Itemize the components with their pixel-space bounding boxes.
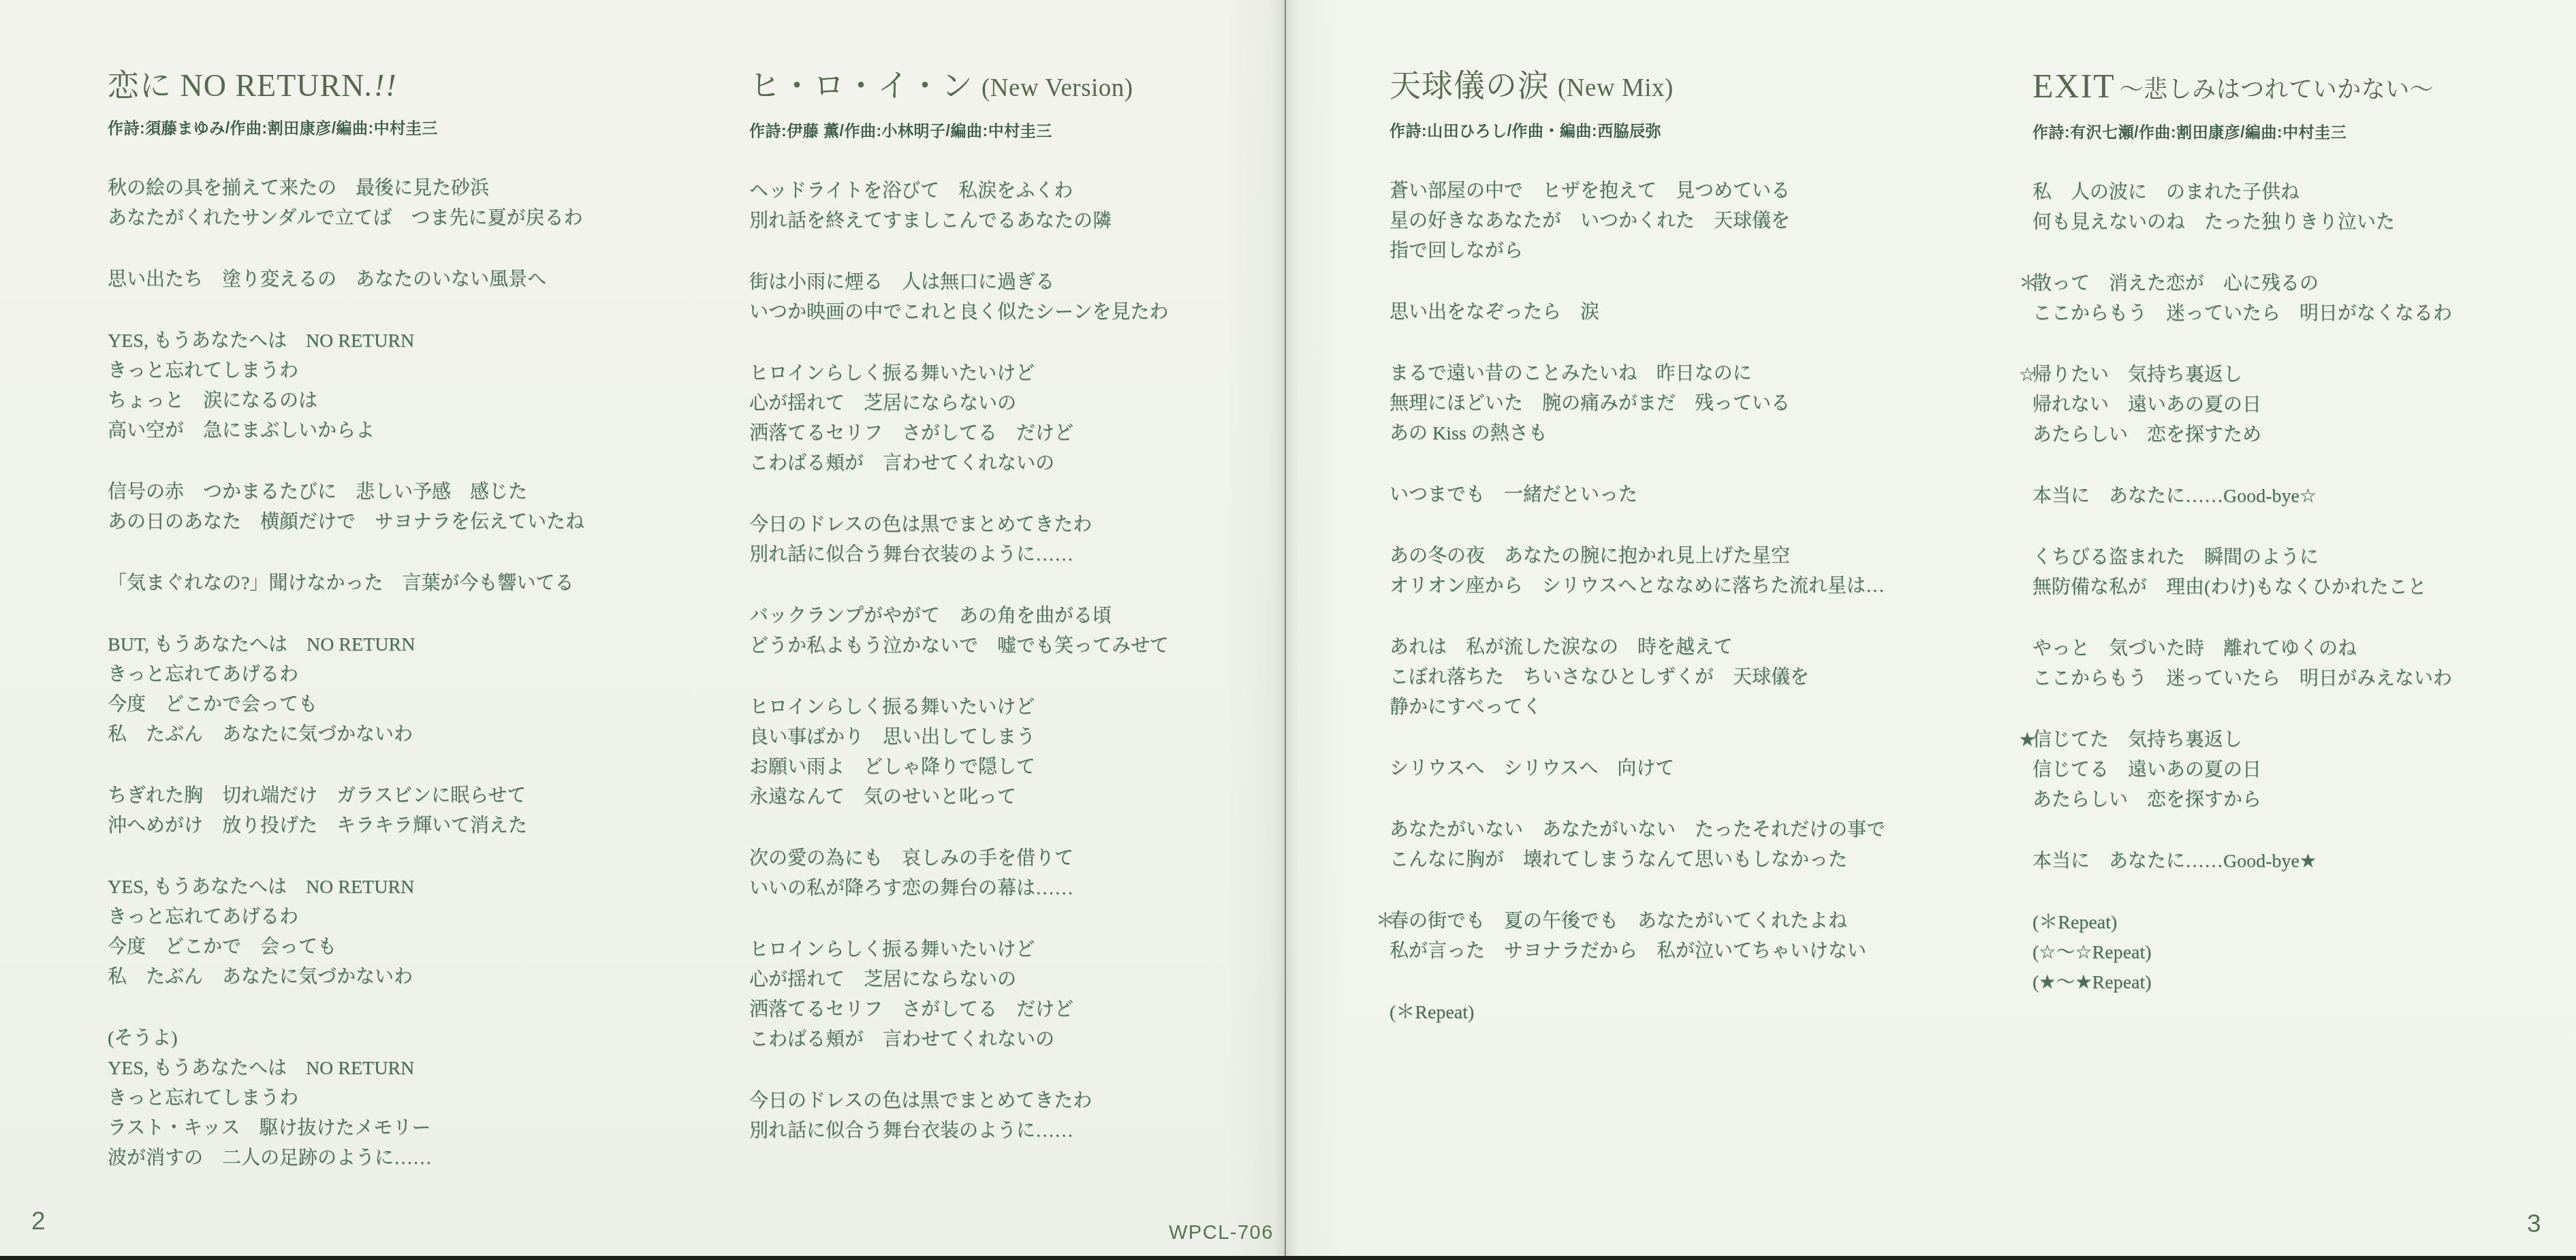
lyric-line: バックランプがやがて あの角を曲がる頃 [749,601,1335,631]
stanza: 思い出をなぞったら 涙 [1389,298,2002,328]
lyrics: 秋の絵の具を揃えて来たの 最後に見た砂浜あなたがくれたサンダルで立てば つま先に… [108,174,727,1174]
lyric-line: お願い雨よ どしゃ降りで隠して [749,753,1335,783]
lyric-line: ヘッドライトを浴びて 私涙をふくわ [749,176,1335,206]
lyric-line: きっと忘れてあげるわ [108,902,727,932]
song-column-3: 天球儀の涙(New Mix) 作詩:山田ひろし/作曲・編曲:西脇辰弥 蒼い部屋の… [1389,67,2002,1059]
lyric-line: 別れ話に似合う舞台衣装のように…… [749,540,1335,570]
lyric-line: 無防備な私が 理由(わけ)もなくひかれたこと [2032,573,2564,603]
lyric-line: いいの私が降ろす恋の舞台の幕は…… [749,874,1335,904]
stanza: バックランプがやがて あの角を曲がる頃どうか私よもう泣かないで 嘘でも笑ってみせ… [749,601,1335,661]
stanza: 思い出たち 塗り変えるの あなたのいない風景へ [108,265,727,295]
stanza: ＊散って 消えた恋が 心に残るのここからもう 迷っていたら 明日がなくなるわ [2032,269,2564,329]
stanza: ★信じてた 気持ち裏返し信じてる 遠いあの夏の日あたらしい 恋を探すから [2032,725,2564,815]
stanza: シリウスへ シリウスへ 向けて [1389,754,2002,784]
lyric-line: 今日のドレスの色は黒でまとめてきたわ [749,1086,1335,1116]
lyric-line: 思い出たち 塗り変えるの あなたのいない風景へ [108,265,727,295]
song-column-2: ヒ・ロ・イ・ン(New Version) 作詩:伊藤 薫/作曲:小林明子/編曲:… [749,67,1335,1178]
song-title: ヒ・ロ・イ・ン(New Version) [749,67,1335,108]
lyric-line: BUT, もうあなたへは NO RETURN [108,630,727,660]
scan-bottom-edge [0,1256,2576,1260]
page-number-left: 2 [31,1207,46,1235]
lyric-line: ☆帰りたい 気持ち裏返し [2032,360,2564,390]
stanza: ヒロインらしく振る舞いたいけど心が揺れて 芝居にならないの洒落てるセリフ さがし… [749,359,1335,479]
lyric-line: こわばる頬が 言わせてくれないの [749,1025,1335,1055]
lyric-line: 私 人の波に のまれた子供ね [2032,178,2564,208]
stanza: ちぎれた胸 切れ端だけ ガラスビンに眠らせて沖へめがけ 放り投げた キラキラ輝い… [108,781,727,841]
stanza: (＊Repeat) [1389,998,2002,1028]
song-title: 恋に NO RETURN.!! [108,67,727,105]
lyric-line: 私 たぶん あなたに気づかないわ [108,720,727,750]
stanza-marker: ＊ [1376,907,1395,936]
song-credit: 作詩:須藤まゆみ/作曲:割田康彦/編曲:中村圭三 [108,116,727,138]
lyric-line: YES, もうあなたへは NO RETURN [108,1054,727,1084]
lyric-line: ヒロインらしく振る舞いたいけど [749,359,1335,389]
lyric-line: 指で回しながら [1389,236,2002,266]
lyric-line: 「気まぐれなの?」聞けなかった 言葉が今も響いてる [108,569,727,599]
stanza: (＊Repeat)(☆～☆Repeat)(★～★Repeat) [2032,908,2564,998]
lyric-line: ちょっと 涙になるのは [108,386,727,416]
lyrics: ヘッドライトを浴びて 私涙をふくわ別れ話を終えてすましこんでるあなたの隣街は小雨… [749,176,1335,1146]
lyric-line: 本当に あなたに……Good-bye☆ [2032,482,2564,511]
stanza: あの冬の夜 あなたの腕に抱かれ見上げた星空オリオン座から シリウスへとななめに落… [1389,541,2002,601]
lyric-line: ここからもう 迷っていたら 明日がなくなるわ [2032,299,2564,329]
stanza: ☆帰りたい 気持ち裏返し帰れない 遠いあの夏の日あたらしい 恋を探すため [2032,360,2564,450]
stanza: ヒロインらしく振る舞いたいけど良い事ばかり 思い出してしまうお願い雨よ どしゃ降… [749,693,1335,813]
lyric-line: まるで遠い昔のことみたいね 昨日なのに [1389,359,2002,389]
song-title: EXIT～悲しみはつれていかない～ [2032,67,2564,109]
lyric-line: あの日のあなた 横顔だけで サヨナラを伝えていたね [108,507,727,537]
song-title-text: EXIT [2032,67,2116,105]
song-title-subtitle: ～悲しみはつれていかない～ [2120,76,2434,103]
stanza: 本当に あなたに……Good-bye★ [2032,847,2564,877]
lyric-line: 私 たぶん あなたに気づかないわ [108,962,727,992]
stanza: ＊春の街でも 夏の午後でも あなたがいてくれたよね私が言った サヨナラだから 私… [1389,907,2002,966]
lyric-line: どうか私よもう泣かないで 嘘でも笑ってみせて [749,631,1335,661]
lyric-line: 今度 どこかで会っても [108,690,727,720]
lyric-line: きっと忘れてしまうわ [108,1084,727,1114]
stanza: まるで遠い昔のことみたいね 昨日なのに無理にほどいた 腕の痛みがまだ 残っている… [1389,359,2002,449]
lyric-line: いつまでも 一緒だといった [1389,480,2002,510]
song-credit: 作詩:伊藤 薫/作曲:小林明子/編曲:中村圭三 [749,119,1335,141]
stanza: 「気まぐれなの?」聞けなかった 言葉が今も響いてる [108,569,727,599]
song-title-text: 天球儀の涙 [1389,68,1550,103]
lyric-line: こわばる頬が 言わせてくれないの [749,449,1335,479]
stanza: 信号の赤 つかまるたびに 悲しい予感 感じたあの日のあなた 横顔だけで サヨナラ… [108,477,727,537]
stanza: (そうよ)YES, もうあなたへは NO RETURNきっと忘れてしまうわラスト… [108,1024,727,1174]
lyric-line: ＊散って 消えた恋が 心に残るの [2032,269,2564,299]
stanza: あれは 私が流した涙なの 時を越えてこぼれ落ちた ちいさなひとしずくが 天球儀を… [1389,633,2002,723]
page-number-right: 3 [2527,1210,2541,1238]
lyric-line: 高い空が 急にまぶしいからよ [108,416,727,446]
stanza: 街は小雨に煙る 人は無口に過ぎるいつか映画の中でこれと良く似たシーンを見たわ [749,268,1335,328]
song-title-emphasis: .!! [364,68,397,103]
lyric-line: こんなに胸が 壊れてしまうなんて思いもしなかった [1389,845,2002,875]
lyric-line: くちびる盗まれた 瞬間のように [2032,543,2564,573]
lyric-line: ヒロインらしく振る舞いたいけど [749,693,1335,723]
stanza: あなたがいない あなたがいない たったそれだけの事でこんなに胸が 壊れてしまうな… [1389,815,2002,875]
song-title: 天球儀の涙(New Mix) [1389,67,2002,108]
lyric-line: 本当に あなたに……Good-bye★ [2032,847,2564,877]
lyrics: 蒼い部屋の中で ヒザを抱えて 見つめている星の好きなあなたが いつかくれた 天球… [1389,176,2002,1028]
lyric-line: あなたがくれたサンダルで立てば つま先に夏が戻るわ [108,204,727,234]
stanza: 今日のドレスの色は黒でまとめてきたわ別れ話に似合う舞台衣装のように…… [749,1086,1335,1146]
lyric-line: いつか映画の中でこれと良く似たシーンを見たわ [749,298,1335,328]
song-title-subtitle: (New Version) [981,74,1133,102]
lyric-line: 心が揺れて 芝居にならないの [749,965,1335,995]
stanza-marker: ☆ [2019,360,2036,390]
lyric-line: (＊Repeat) [2032,908,2564,938]
lyric-line: 無理にほどいた 腕の痛みがまだ 残っている [1389,389,2002,419]
lyric-line: ちぎれた胸 切れ端だけ ガラスビンに眠らせて [108,781,727,811]
lyric-line: あの Kiss の熱さも [1389,419,2002,449]
lyric-line: ラスト・キッス 駆け抜けたメモリー [108,1114,727,1144]
song-column-4: EXIT～悲しみはつれていかない～ 作詩:有沢七瀬/作曲:割田康彦/編曲:中村圭… [2032,67,2564,1029]
lyric-line: 星の好きなあなたが いつかくれた 天球儀を [1389,206,2002,236]
lyric-line: きっと忘れてあげるわ [108,660,727,690]
song-title-subtitle: (New Mix) [1558,74,1674,102]
catalog-number: WPCL-706 [1169,1222,1274,1244]
song-credit: 作詩:有沢七瀬/作曲:割田康彦/編曲:中村圭三 [2032,120,2564,142]
lyric-line: やっと 気づいた時 離れてゆくのね [2032,634,2564,664]
stanza: 本当に あなたに……Good-bye☆ [2032,482,2564,511]
lyric-line: ここからもう 迷っていたら 明日がみえないわ [2032,664,2564,694]
stanza: ヒロインらしく振る舞いたいけど心が揺れて 芝居にならないの洒落てるセリフ さがし… [749,935,1335,1055]
stanza: くちびる盗まれた 瞬間のように無防備な私が 理由(わけ)もなくひかれたこと [2032,543,2564,603]
lyric-line: 永遠なんて 気のせいと叱って [749,783,1335,813]
stanza: 秋の絵の具を揃えて来たの 最後に見た砂浜あなたがくれたサンダルで立てば つま先に… [108,174,727,234]
lyric-line: 私が言った サヨナラだから 私が泣いてちゃいけない [1389,936,2002,966]
lyric-line: 信号の赤 つかまるたびに 悲しい予感 感じた [108,477,727,507]
lyric-line: (★～★Repeat) [2032,968,2564,998]
lyric-line: 別れ話を終えてすましこんでるあなたの隣 [749,206,1335,236]
lyric-line: こぼれ落ちた ちいさなひとしずくが 天球儀を [1389,663,2002,693]
lyric-line: (＊Repeat) [1389,998,2002,1028]
lyric-line: 蒼い部屋の中で ヒザを抱えて 見つめている [1389,176,2002,206]
stanza: BUT, もうあなたへは NO RETURNきっと忘れてあげるわ今度 どこかで会… [108,630,727,750]
lyric-line: 別れ話に似合う舞台衣装のように…… [749,1116,1335,1146]
song-credit: 作詩:山田ひろし/作曲・編曲:西脇辰弥 [1389,119,2002,141]
stanza: 今日のドレスの色は黒でまとめてきたわ別れ話に似合う舞台衣装のように…… [749,510,1335,570]
lyric-line: YES, もうあなたへは NO RETURN [108,326,727,356]
lyric-line: 信じてる 遠いあの夏の日 [2032,755,2564,785]
lyric-line: シリウスへ シリウスへ 向けて [1389,754,2002,784]
lyric-line: (☆～☆Repeat) [2032,938,2564,968]
lyric-line: あれは 私が流した涙なの 時を越えて [1389,633,2002,663]
stanza: 蒼い部屋の中で ヒザを抱えて 見つめている星の好きなあなたが いつかくれた 天球… [1389,176,2002,266]
lyric-line: 静かにすべってく [1389,693,2002,723]
lyric-line: あたらしい 恋を探すため [2032,420,2564,450]
lyric-line: きっと忘れてしまうわ [108,356,727,386]
lyric-line: YES, もうあなたへは NO RETURN [108,872,727,902]
lyric-line: 何も見えないのね たった独りきり泣いた [2032,208,2564,238]
lyric-line: 今日のドレスの色は黒でまとめてきたわ [749,510,1335,540]
stanza: 次の愛の為にも 哀しみの手を借りていいの私が降ろす恋の舞台の幕は…… [749,844,1335,904]
lyric-line: 洒落てるセリフ さがしてる だけど [749,419,1335,449]
stanza: ヘッドライトを浴びて 私涙をふくわ別れ話を終えてすましこんでるあなたの隣 [749,176,1335,236]
lyric-line: 帰れない 遠いあの夏の日 [2032,390,2564,420]
stanza: いつまでも 一緒だといった [1389,480,2002,510]
lyric-line: 街は小雨に煙る 人は無口に過ぎる [749,268,1335,298]
stanza-marker: ＊ [2019,269,2038,299]
lyric-line: 秋の絵の具を揃えて来たの 最後に見た砂浜 [108,174,727,204]
song-column-1: 恋に NO RETURN.!! 作詩:須藤まゆみ/作曲:割田康彦/編曲:中村圭三… [108,67,727,1205]
stanza: 私 人の波に のまれた子供ね何も見えないのね たった独りきり泣いた [2032,178,2564,238]
song-title-text: 恋に NO RETURN [108,68,364,103]
lyric-line: 良い事ばかり 思い出してしまう [749,723,1335,753]
lyric-line: 沖へめがけ 放り投げた キラキラ輝いて消えた [108,811,727,841]
lyric-line: 心が揺れて 芝居にならないの [749,389,1335,419]
lyric-line: あなたがいない あなたがいない たったそれだけの事で [1389,815,2002,845]
lyric-line: (そうよ) [108,1024,727,1054]
lyric-line: ヒロインらしく振る舞いたいけど [749,935,1335,965]
lyric-line: あたらしい 恋を探すから [2032,785,2564,815]
stanza: やっと 気づいた時 離れてゆくのねここからもう 迷っていたら 明日がみえないわ [2032,634,2564,694]
lyric-line: 次の愛の為にも 哀しみの手を借りて [749,844,1335,874]
stanza-marker: ★ [2019,725,2036,755]
song-title-text: ヒ・ロ・イ・ン [749,68,973,103]
lyric-line: 今度 どこかで 会っても [108,932,727,962]
stanza: YES, もうあなたへは NO RETURNきっと忘れてしまうわちょっと 涙にな… [108,326,727,446]
lyric-line: ＊春の街でも 夏の午後でも あなたがいてくれたよね [1389,907,2002,936]
lyric-line: あの冬の夜 あなたの腕に抱かれ見上げた星空 [1389,541,2002,571]
lyric-line: オリオン座から シリウスへとななめに落ちた流れ星は… [1389,571,2002,601]
lyric-line: 思い出をなぞったら 涙 [1389,298,2002,328]
lyrics: 私 人の波に のまれた子供ね何も見えないのね たった独りきり泣いた＊散って 消え… [2032,178,2564,998]
lyric-line: 波が消すの 二人の足跡のように…… [108,1144,727,1174]
stanza: YES, もうあなたへは NO RETURNきっと忘れてあげるわ今度 どこかで … [108,872,727,992]
lyric-line: ★信じてた 気持ち裏返し [2032,725,2564,755]
lyric-line: 洒落てるセリフ さがしてる だけど [749,995,1335,1025]
